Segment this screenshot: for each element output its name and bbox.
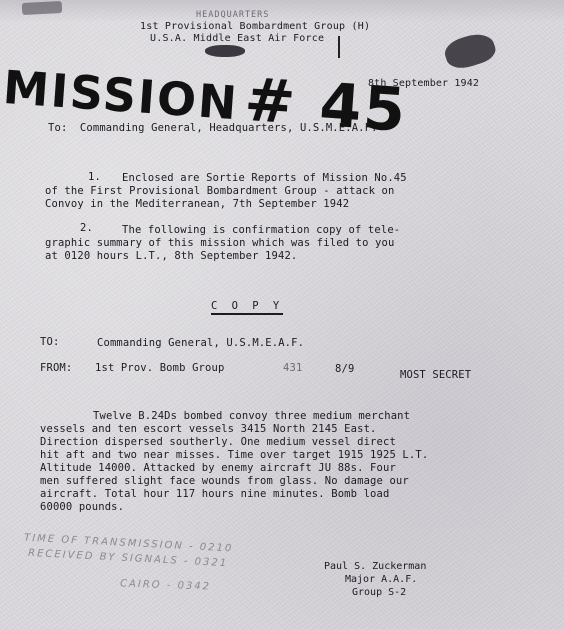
- message-serial: 431: [283, 362, 302, 374]
- message-body-line: 60000 pounds.: [40, 501, 124, 513]
- letterhead-title: HEADQUARTERS: [196, 10, 269, 20]
- handwritten-note: CAIRO - 0342: [120, 578, 211, 592]
- message-body-line: Direction dispersed southerly. One mediu…: [40, 436, 396, 448]
- message-body-line: men suffered slight face wounds from gla…: [40, 475, 409, 487]
- letterhead-command: U.S.A. Middle East Air Force: [150, 33, 324, 44]
- ink-blot-stamp: [442, 29, 499, 73]
- to-recipient: Commanding General, Headquarters, U.S.M.…: [80, 122, 378, 134]
- message-to-recipient: Commanding General, U.S.M.E.A.F.: [97, 337, 304, 349]
- classification-marking: MOST SECRET: [400, 369, 471, 381]
- copy-heading: C O P Y: [211, 300, 283, 315]
- message-body-line: aircraft. Total hour 117 hours nine minu…: [40, 488, 389, 500]
- paragraph-2-line: at 0120 hours L.T., 8th September 1942.: [45, 250, 297, 262]
- ink-smudge: [22, 1, 63, 15]
- to-label: To:: [48, 122, 67, 134]
- scanned-document-page: HEADQUARTERS 1st Provisional Bombardment…: [0, 0, 564, 629]
- redaction-smudge: [205, 45, 245, 57]
- paragraph-2-line: graphic summary of this mission which wa…: [45, 237, 394, 249]
- paragraph-1-line: Enclosed are Sortie Reports of Mission N…: [122, 172, 407, 184]
- message-date: 8/9: [335, 363, 354, 375]
- paragraph-1-line: Convoy in the Mediterranean, 7th Septemb…: [45, 198, 349, 210]
- message-body-line: vessels and ten escort vessels 3415 Nort…: [40, 423, 377, 435]
- message-from-sender: 1st Prov. Bomb Group: [95, 362, 224, 374]
- mission-label: MISSION: [1, 60, 240, 130]
- message-from-label: FROM:: [40, 362, 72, 374]
- to-line: To: Commanding General, Headquarters, U.…: [48, 122, 378, 134]
- signature-name: Paul S. Zuckerman: [324, 561, 426, 572]
- signature-position: Group S-2: [352, 587, 406, 598]
- letterhead-group: 1st Provisional Bombardment Group (H): [140, 21, 370, 32]
- paragraph-1-number: 1.: [88, 171, 101, 183]
- signature-rank: Major A.A.F.: [345, 574, 417, 585]
- message-to-label: TO:: [40, 336, 59, 348]
- scan-edge-shadow: [0, 0, 564, 22]
- paragraph-2-number: 2.: [80, 222, 93, 234]
- message-body-line: Twelve B.24Ds bombed convoy three medium…: [93, 410, 410, 422]
- ink-mark: [338, 36, 340, 58]
- document-date: 8th September 1942: [368, 78, 479, 89]
- message-body-line: Altitude 14000. Attacked by enemy aircra…: [40, 462, 396, 474]
- paragraph-2-line: The following is confirmation copy of te…: [122, 224, 400, 236]
- paragraph-1-line: of the First Provisional Bombardment Gro…: [45, 185, 394, 197]
- message-body-line: hit aft and two near misses. Time over t…: [40, 449, 428, 461]
